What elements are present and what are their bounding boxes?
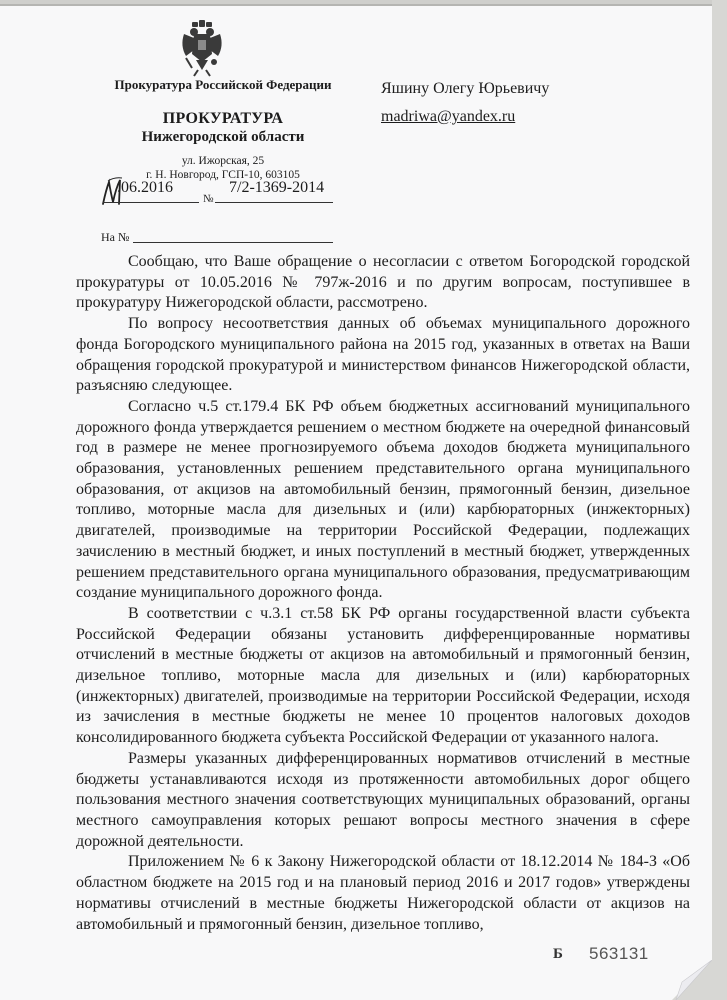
reply-to-underline <box>133 241 333 243</box>
address-street: ул. Ижорская, 25 <box>83 155 363 167</box>
date-underline <box>103 179 199 203</box>
letter-body: Сообщаю, что Ваше обращение о несогласии… <box>76 252 690 935</box>
recipient-email[interactable]: madriwa@yandex.ru <box>381 108 515 126</box>
paragraph: Согласно ч.5 ст.179.4 БК РФ объем бюджет… <box>76 397 690 604</box>
paragraph: Сообщаю, что Ваше обращение о несогласии… <box>76 252 690 314</box>
number-sign: № <box>203 193 214 205</box>
folded-corner-icon <box>672 960 712 1000</box>
office-region: Нижегородской области <box>83 129 363 146</box>
recipient-name: Яшину Олегу Юрьевичу <box>381 80 549 98</box>
russian-coat-of-arms-icon <box>178 20 226 78</box>
paragraph: В соответствии с ч.3.1 ст.58 БК РФ орган… <box>76 604 690 749</box>
number-underline <box>215 179 333 203</box>
form-series-letter: Б <box>553 946 563 963</box>
form-serial-number: 563131 <box>589 944 649 964</box>
paragraph: Приложением № 6 к Закону Нижегородской о… <box>76 852 690 935</box>
reply-to-label: На № <box>101 230 129 245</box>
office-title: ПРОКУРАТУРА <box>83 110 363 128</box>
paragraph: Размеры указанных дифференцированных нор… <box>76 749 690 853</box>
paragraph: По вопросу несоответствия данных об объе… <box>76 314 690 397</box>
agency-name: Прокуратура Российской Федерации <box>83 77 363 93</box>
scan-right-edge <box>712 0 727 1000</box>
